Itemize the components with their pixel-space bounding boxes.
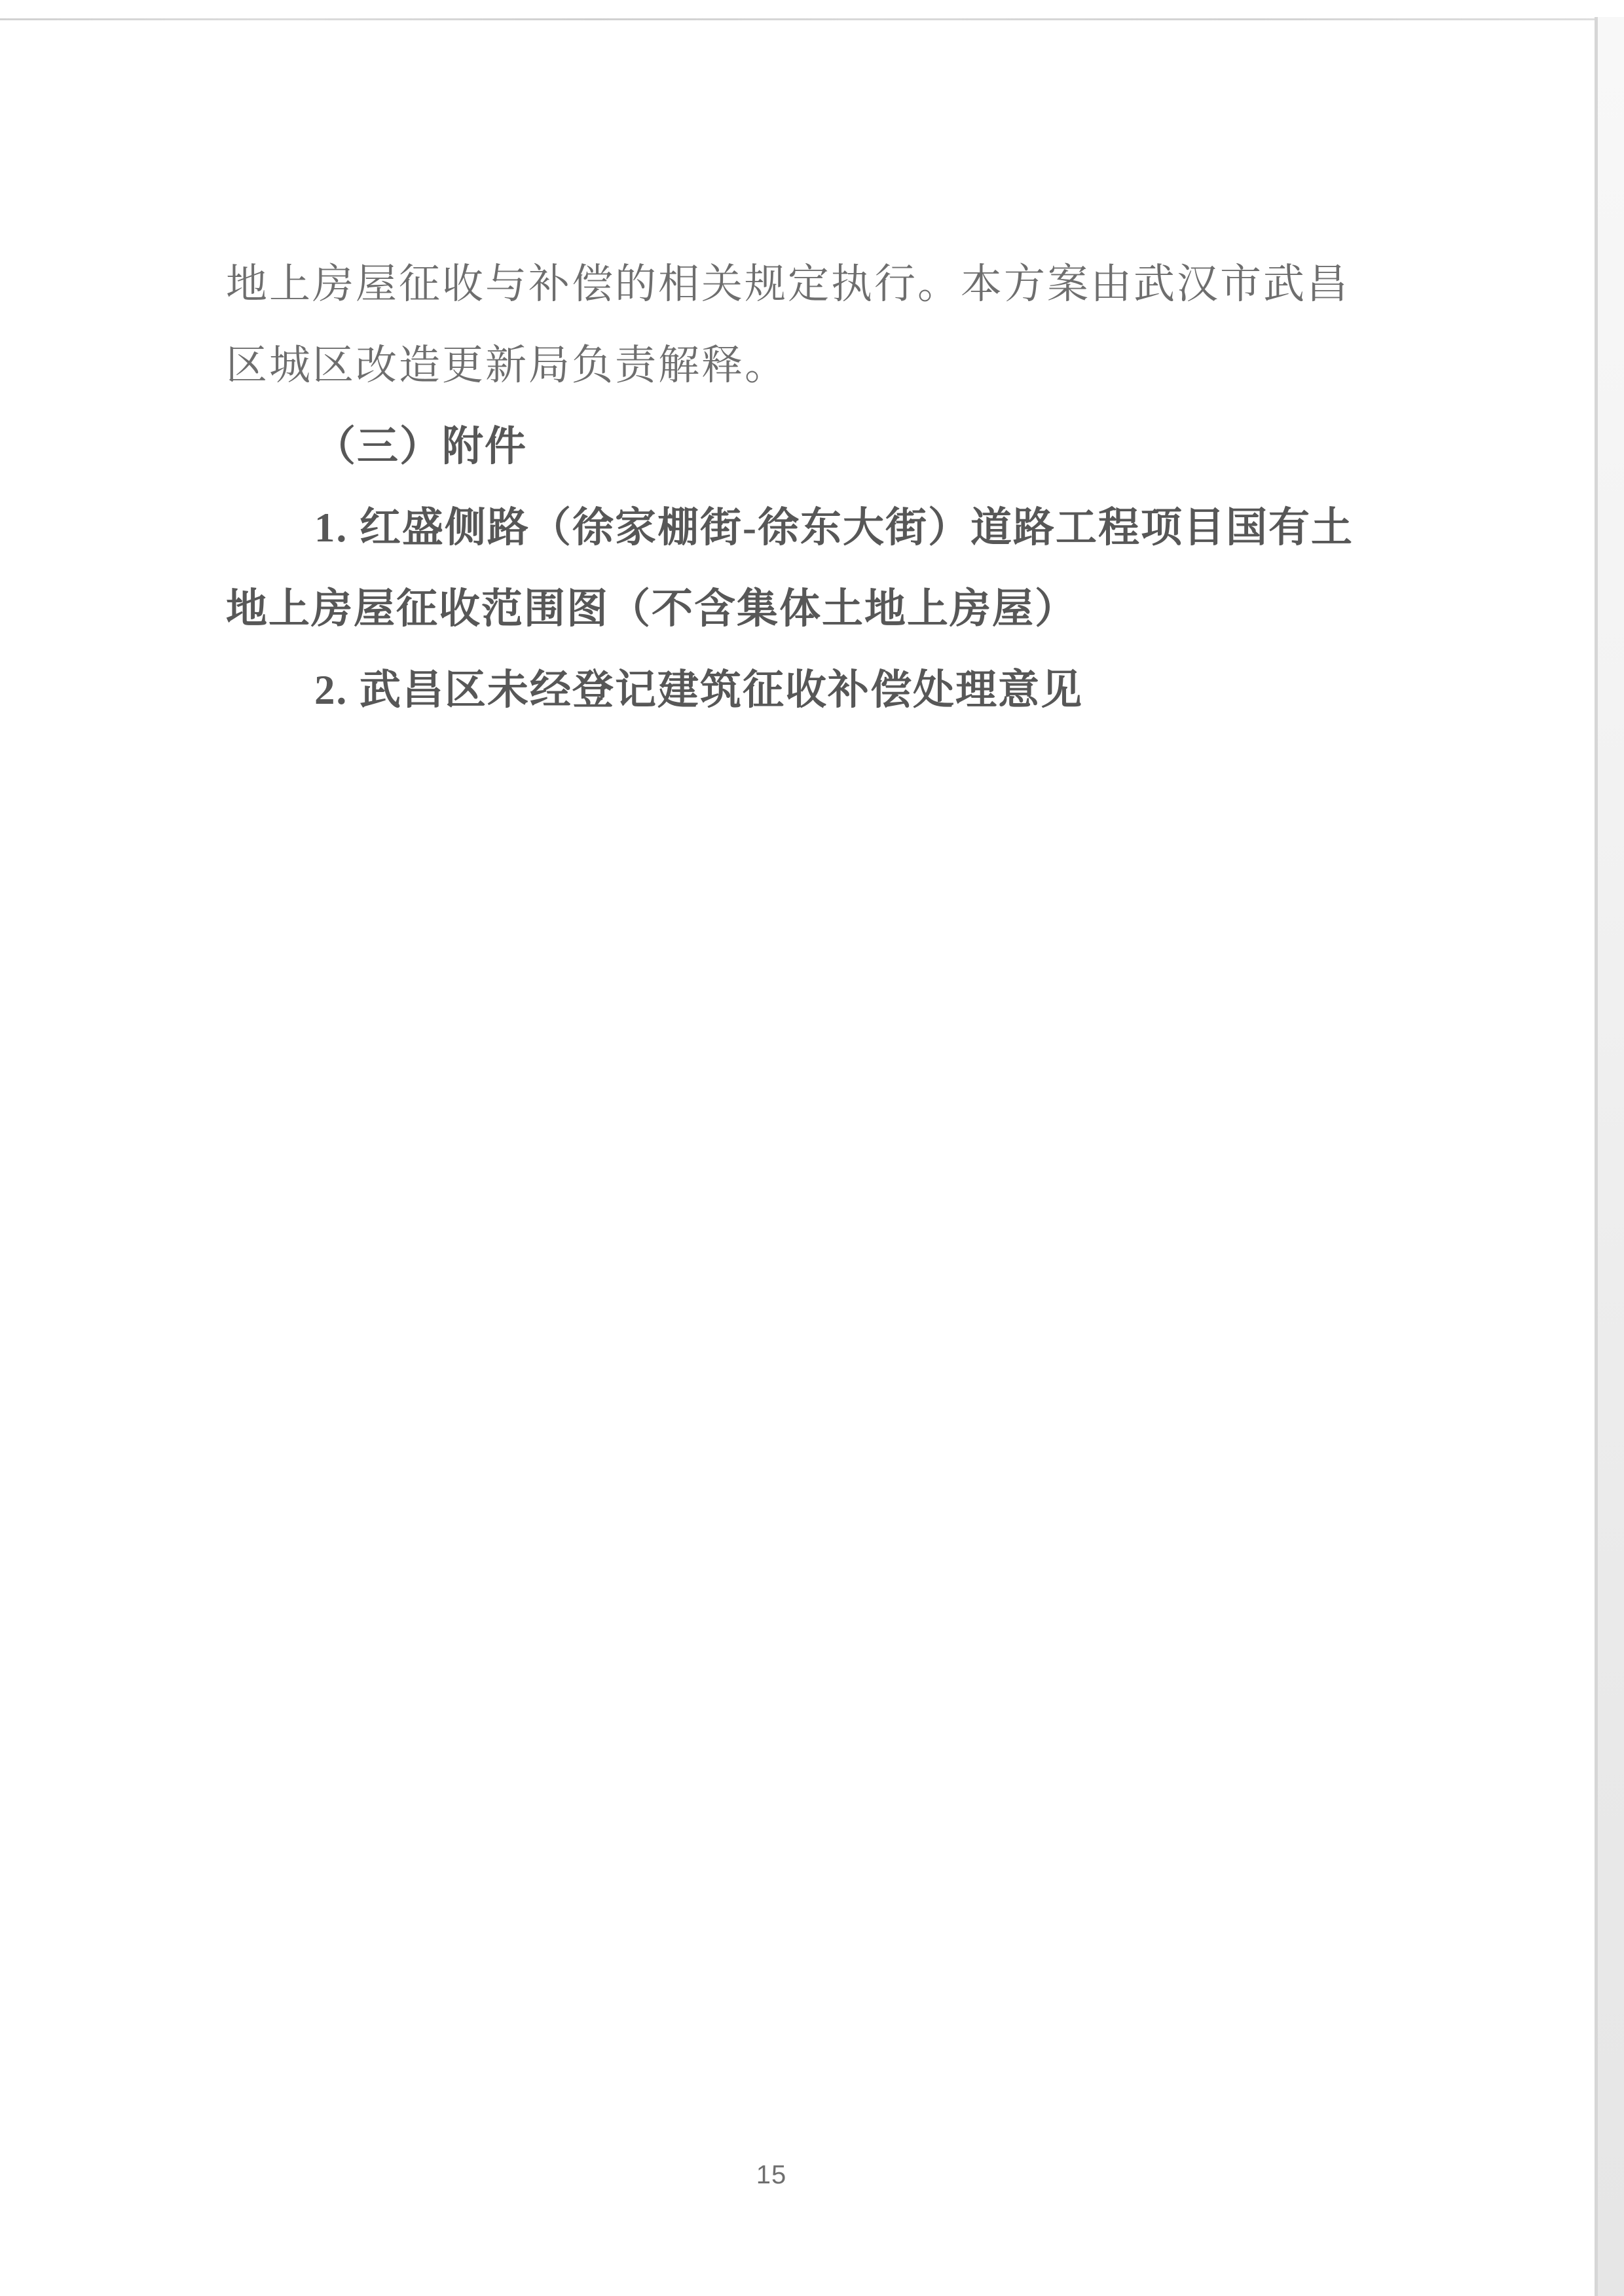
page-number: 15 xyxy=(756,2160,787,2189)
closing-paragraph-line-1: 地上房屋征收与补偿的相关规定执行。本方案由武汉市武昌 xyxy=(226,244,1365,325)
attachment-item-1-line-1: 1. 红盛侧路（徐家棚街-徐东大街）道路工程项目国有土 xyxy=(226,487,1365,568)
scan-artifact-top-edge xyxy=(0,18,1602,20)
document-body: 地上房屋征收与补偿的相关规定执行。本方案由武汉市武昌 区城区改造更新局负责解释。… xyxy=(226,244,1365,731)
attachment-item-1-line-2: 地上房屋征收范围图（不含集体土地上房屋） xyxy=(226,568,1365,649)
page-footer: 15 xyxy=(0,2160,1543,2190)
scan-artifact-right-edge xyxy=(1595,17,1624,2296)
closing-paragraph-line-2: 区城区改造更新局负责解释。 xyxy=(226,325,1365,406)
attachment-item-2-line-1: 2. 武昌区未经登记建筑征收补偿处理意见 xyxy=(226,649,1365,731)
scanned-document-page: 地上房屋征收与补偿的相关规定执行。本方案由武汉市武昌 区城区改造更新局负责解释。… xyxy=(0,0,1624,2296)
attachments-section-heading: （三）附件 xyxy=(226,406,1365,487)
